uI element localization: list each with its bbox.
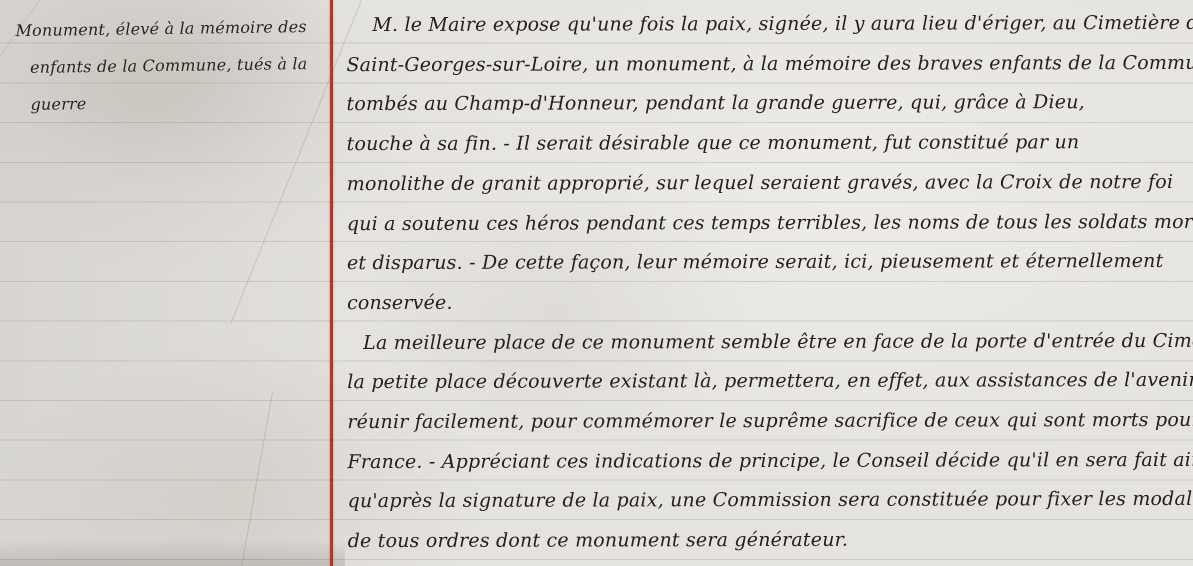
manuscript-page: Monument, élevé à la mémoire des enfants… [0,0,1193,566]
manuscript-line: M. le Maire expose qu'une fois la paix, … [346,4,1187,46]
manuscript-line: monolithe de granit approprié, sur leque… [347,163,1188,205]
manuscript-line: qui a soutenu ces héros pendant ces temp… [347,202,1188,244]
manuscript-line: La meilleure place de ce monument semble… [347,322,1188,364]
manuscript-line: France. - Appréciant ces indications de … [347,441,1188,483]
manuscript-line: Saint-Georges-sur-Loire, un monument, à … [346,44,1187,86]
manuscript-line: qu'après la signature de la paix, une Co… [348,480,1189,522]
bottom-edge-shadow [0,540,345,566]
manuscript-line: la petite place découverte existant là, … [347,361,1188,403]
margin-rule-line [330,0,333,566]
margin-note: Monument, élevé à la mémoire des enfants… [15,8,322,123]
margin-note-line: Monument, élevé à la mémoire des [15,8,320,49]
manuscript-line: tombés au Champ-d'Honneur, pendant la gr… [346,83,1187,125]
manuscript-line: et disparus. - De cette façon, leur mémo… [347,242,1188,284]
manuscript-line: de tous ordres dont ce monument sera gén… [348,520,1189,562]
margin-note-line: enfants de la Commune, tués à la guerre [16,45,322,123]
manuscript-line: conservée. [347,282,1188,324]
manuscript-line: réunir facilement, pour commémorer le su… [347,401,1188,443]
manuscript-body: M. le Maire expose qu'une fois la paix, … [346,4,1188,562]
manuscript-line: touche à sa fin. - Il serait désirable q… [347,123,1188,165]
